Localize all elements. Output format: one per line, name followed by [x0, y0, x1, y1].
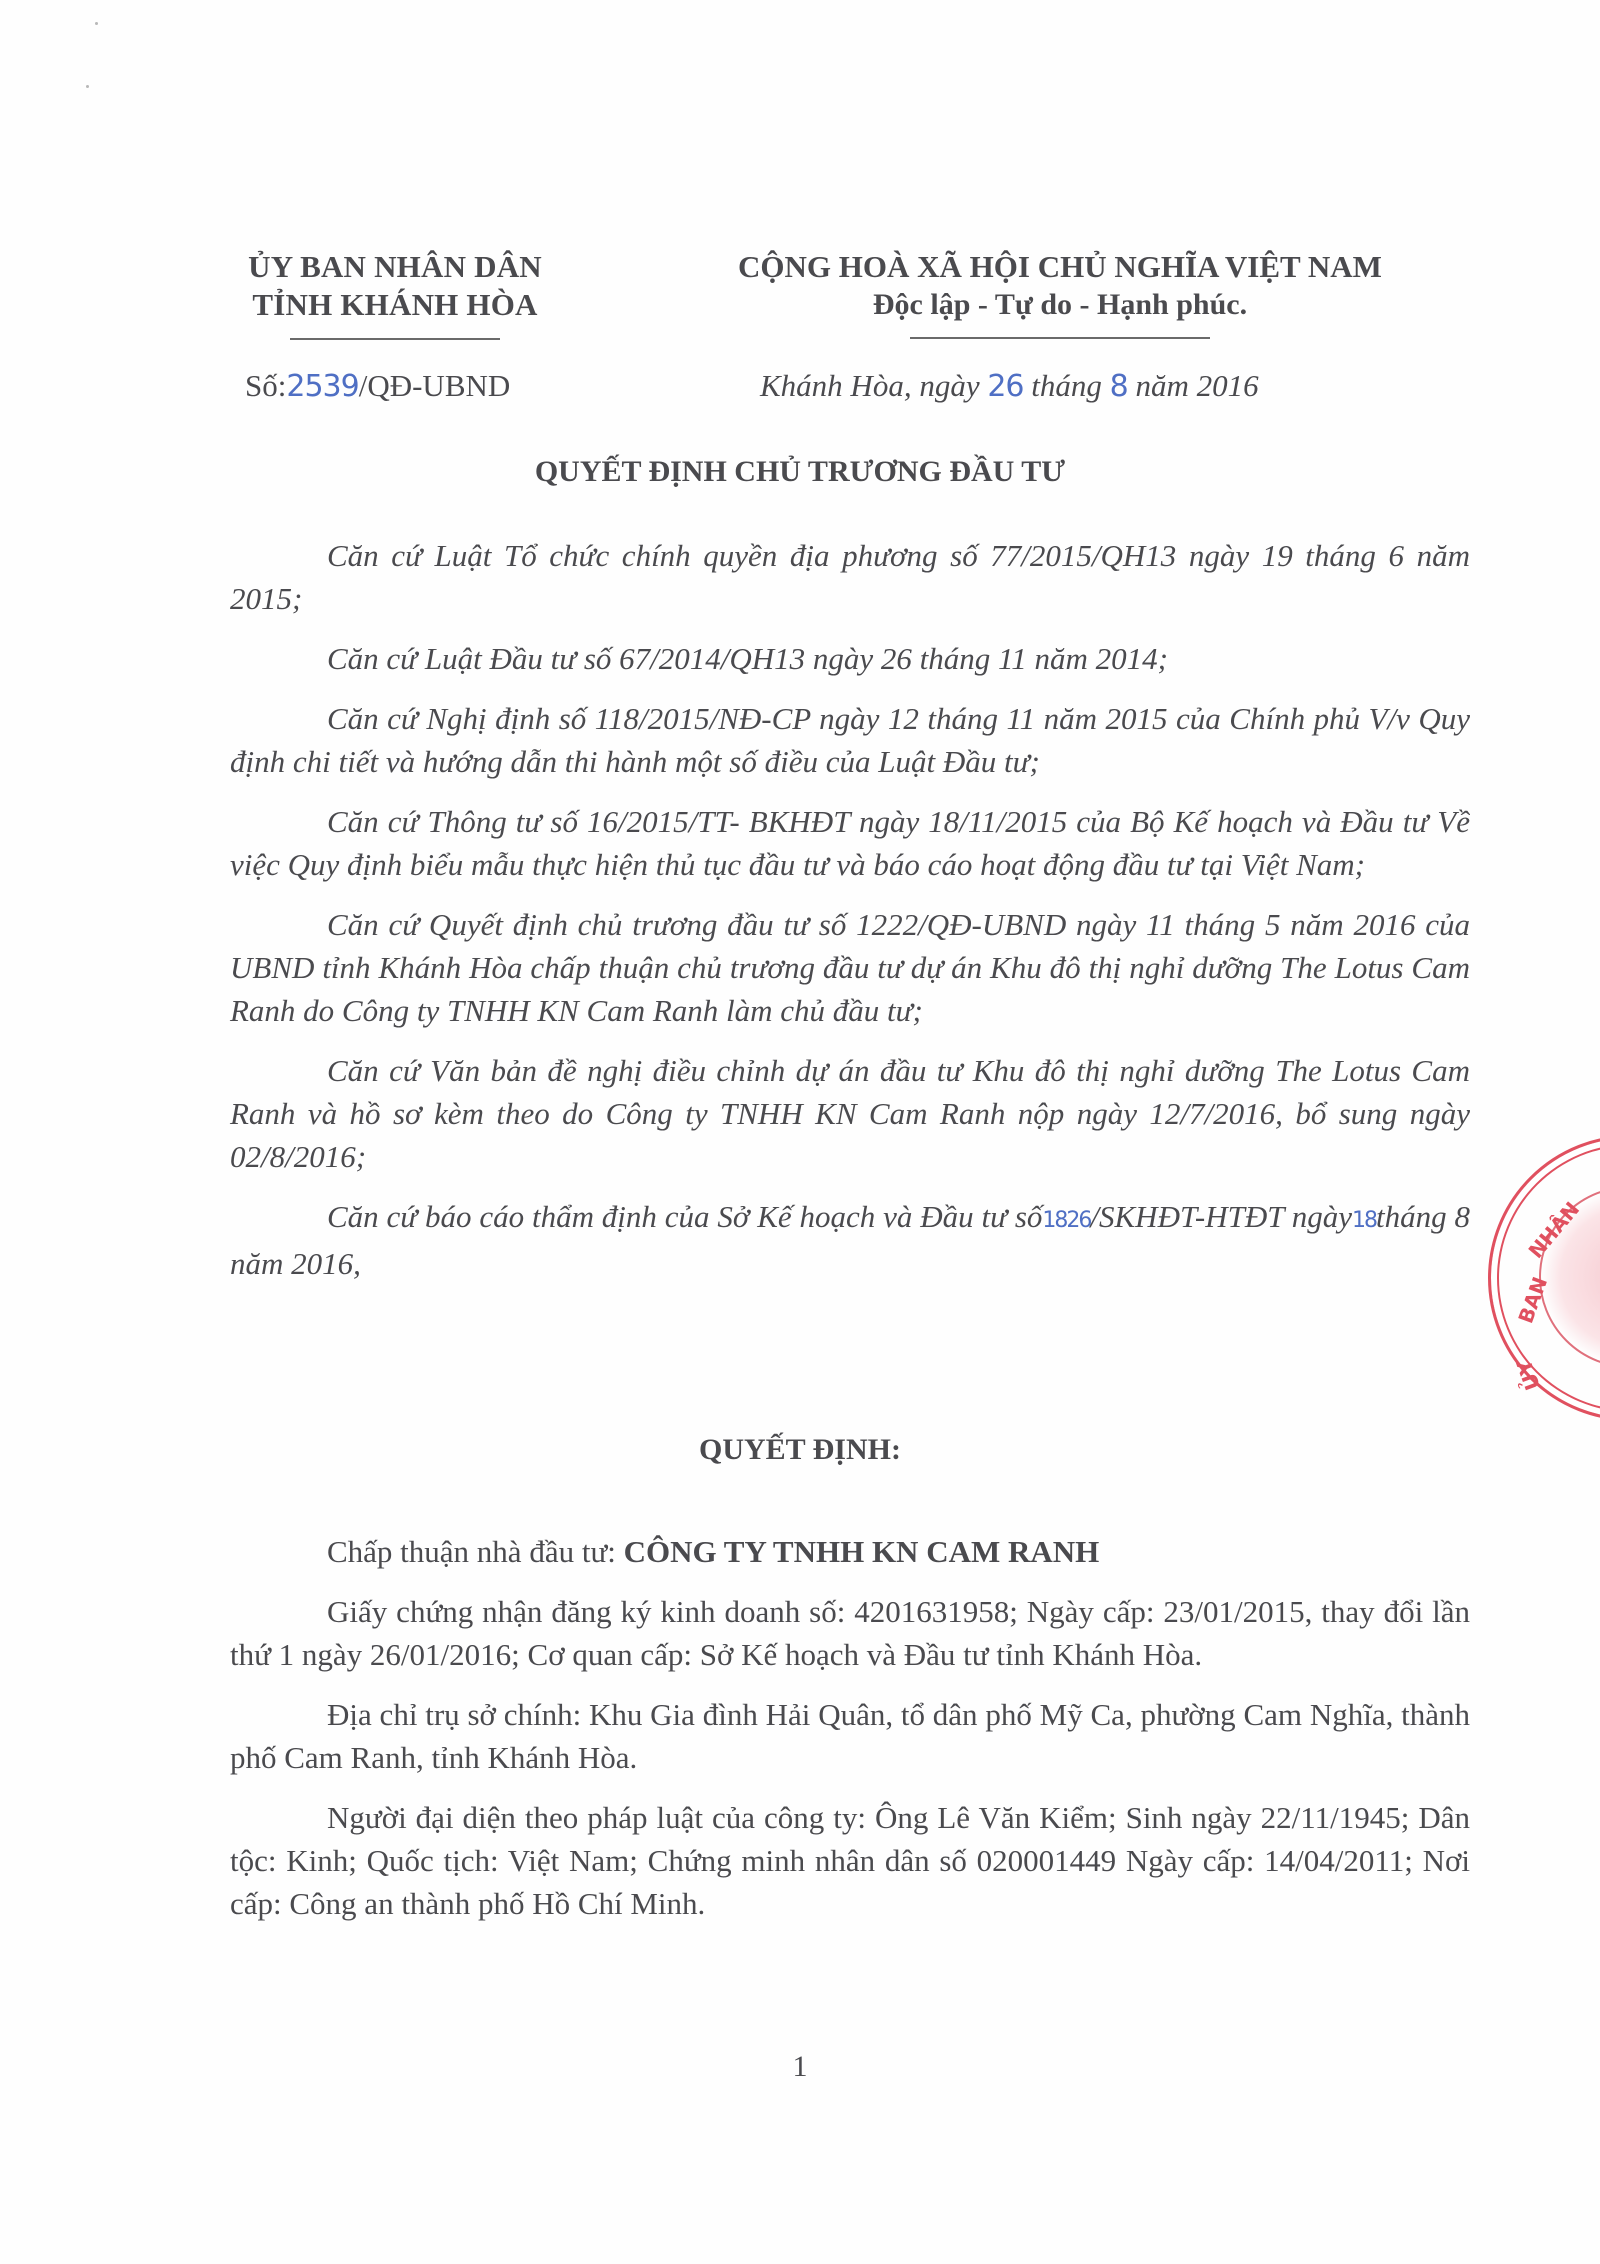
legal-basis-item: Căn cứ Luật Tổ chức chính quyền địa phươ…	[230, 534, 1470, 620]
place-and-date: Khánh Hòa, ngày 26 tháng 8 năm 2016	[760, 366, 1259, 407]
document-title: QUYẾT ĐỊNH CHỦ TRƯƠNG ĐẦU TƯ	[0, 455, 1600, 489]
document-number: Số:2539/QĐ-UBND	[245, 366, 510, 407]
handwritten-day: 26	[987, 369, 1023, 404]
business-registration: Giấy chứng nhận đăng ký kinh doanh số: 4…	[230, 1590, 1470, 1676]
handwritten-month: 8	[1110, 369, 1128, 404]
appraisal-basis: Căn cứ báo cáo thẩm định của Sở Kế hoạch…	[230, 1195, 1470, 1285]
agency-line-1: ỦY BAN NHÂN DÂN	[210, 248, 580, 286]
investor-name: CÔNG TY TNHH KN CAM RANH	[624, 1534, 1100, 1569]
official-seal-stamp: BAN NHÂN ỦY	[1488, 1135, 1600, 1421]
motto-underline	[910, 337, 1210, 339]
head-office-address: Địa chỉ trụ sở chính: Khu Gia đình Hải Q…	[230, 1693, 1470, 1779]
legal-basis-item: Căn cứ Quyết định chủ trương đầu tư số 1…	[230, 903, 1470, 1032]
doc-number-prefix: Số:	[245, 368, 286, 403]
page-number: 1	[0, 2050, 1600, 2084]
place-label: Khánh Hòa, ngày	[760, 368, 980, 403]
national-motto: Độc lập - Tự do - Hạnh phúc.	[690, 286, 1430, 324]
appraisal-text-1: Căn cứ báo cáo thẩm định của Sở Kế hoạch…	[327, 1199, 1042, 1234]
doc-number-suffix: /QĐ-UBND	[359, 368, 511, 403]
legal-basis-item: Căn cứ Luật Đầu tư số 67/2014/QH13 ngày …	[230, 637, 1470, 680]
scan-speck	[86, 85, 89, 88]
decision-body: Chấp thuận nhà đầu tư: CÔNG TY TNHH KN C…	[230, 1530, 1470, 1942]
national-header: CỘNG HOÀ XÃ HỘI CHỦ NGHĨA VIỆT NAM Độc l…	[690, 248, 1430, 339]
legal-basis-item: Căn cứ Văn bản đề nghị điều chỉnh dự án …	[230, 1049, 1470, 1178]
month-label: tháng	[1031, 368, 1102, 403]
investor-label: Chấp thuận nhà đầu tư:	[327, 1534, 616, 1569]
handwritten-appraisal-day: 18	[1352, 1208, 1376, 1233]
agency-line-2: TỈNH KHÁNH HÒA	[210, 286, 580, 324]
handwritten-appraisal-number: 1826	[1042, 1208, 1090, 1233]
legal-bases: Căn cứ Luật Tổ chức chính quyền địa phươ…	[230, 534, 1470, 1302]
seal-text: ỦY	[1512, 1356, 1545, 1393]
handwritten-doc-number: 2539	[286, 369, 358, 404]
legal-basis-item: Căn cứ Thông tư số 16/2015/TT- BKHĐT ngà…	[230, 800, 1470, 886]
country-name: CỘNG HOÀ XÃ HỘI CHỦ NGHĨA VIỆT NAM	[690, 248, 1430, 286]
agency-underline	[290, 338, 500, 340]
legal-representative: Người đại diện theo pháp luật của công t…	[230, 1796, 1470, 1925]
issuing-agency: ỦY BAN NHÂN DÂN TỈNH KHÁNH HÒA	[210, 248, 580, 340]
appraisal-text-2: /SKHĐT-HTĐT ngày	[1090, 1199, 1352, 1234]
scan-speck	[95, 22, 98, 25]
document-page: ỦY BAN NHÂN DÂN TỈNH KHÁNH HÒA CỘNG HOÀ …	[0, 0, 1600, 2264]
year-label: năm 2016	[1135, 368, 1258, 403]
legal-basis-item: Căn cứ Nghị định số 118/2015/NĐ-CP ngày …	[230, 697, 1470, 783]
decision-heading: QUYẾT ĐỊNH:	[0, 1433, 1600, 1467]
investor-approval: Chấp thuận nhà đầu tư: CÔNG TY TNHH KN C…	[230, 1530, 1470, 1573]
